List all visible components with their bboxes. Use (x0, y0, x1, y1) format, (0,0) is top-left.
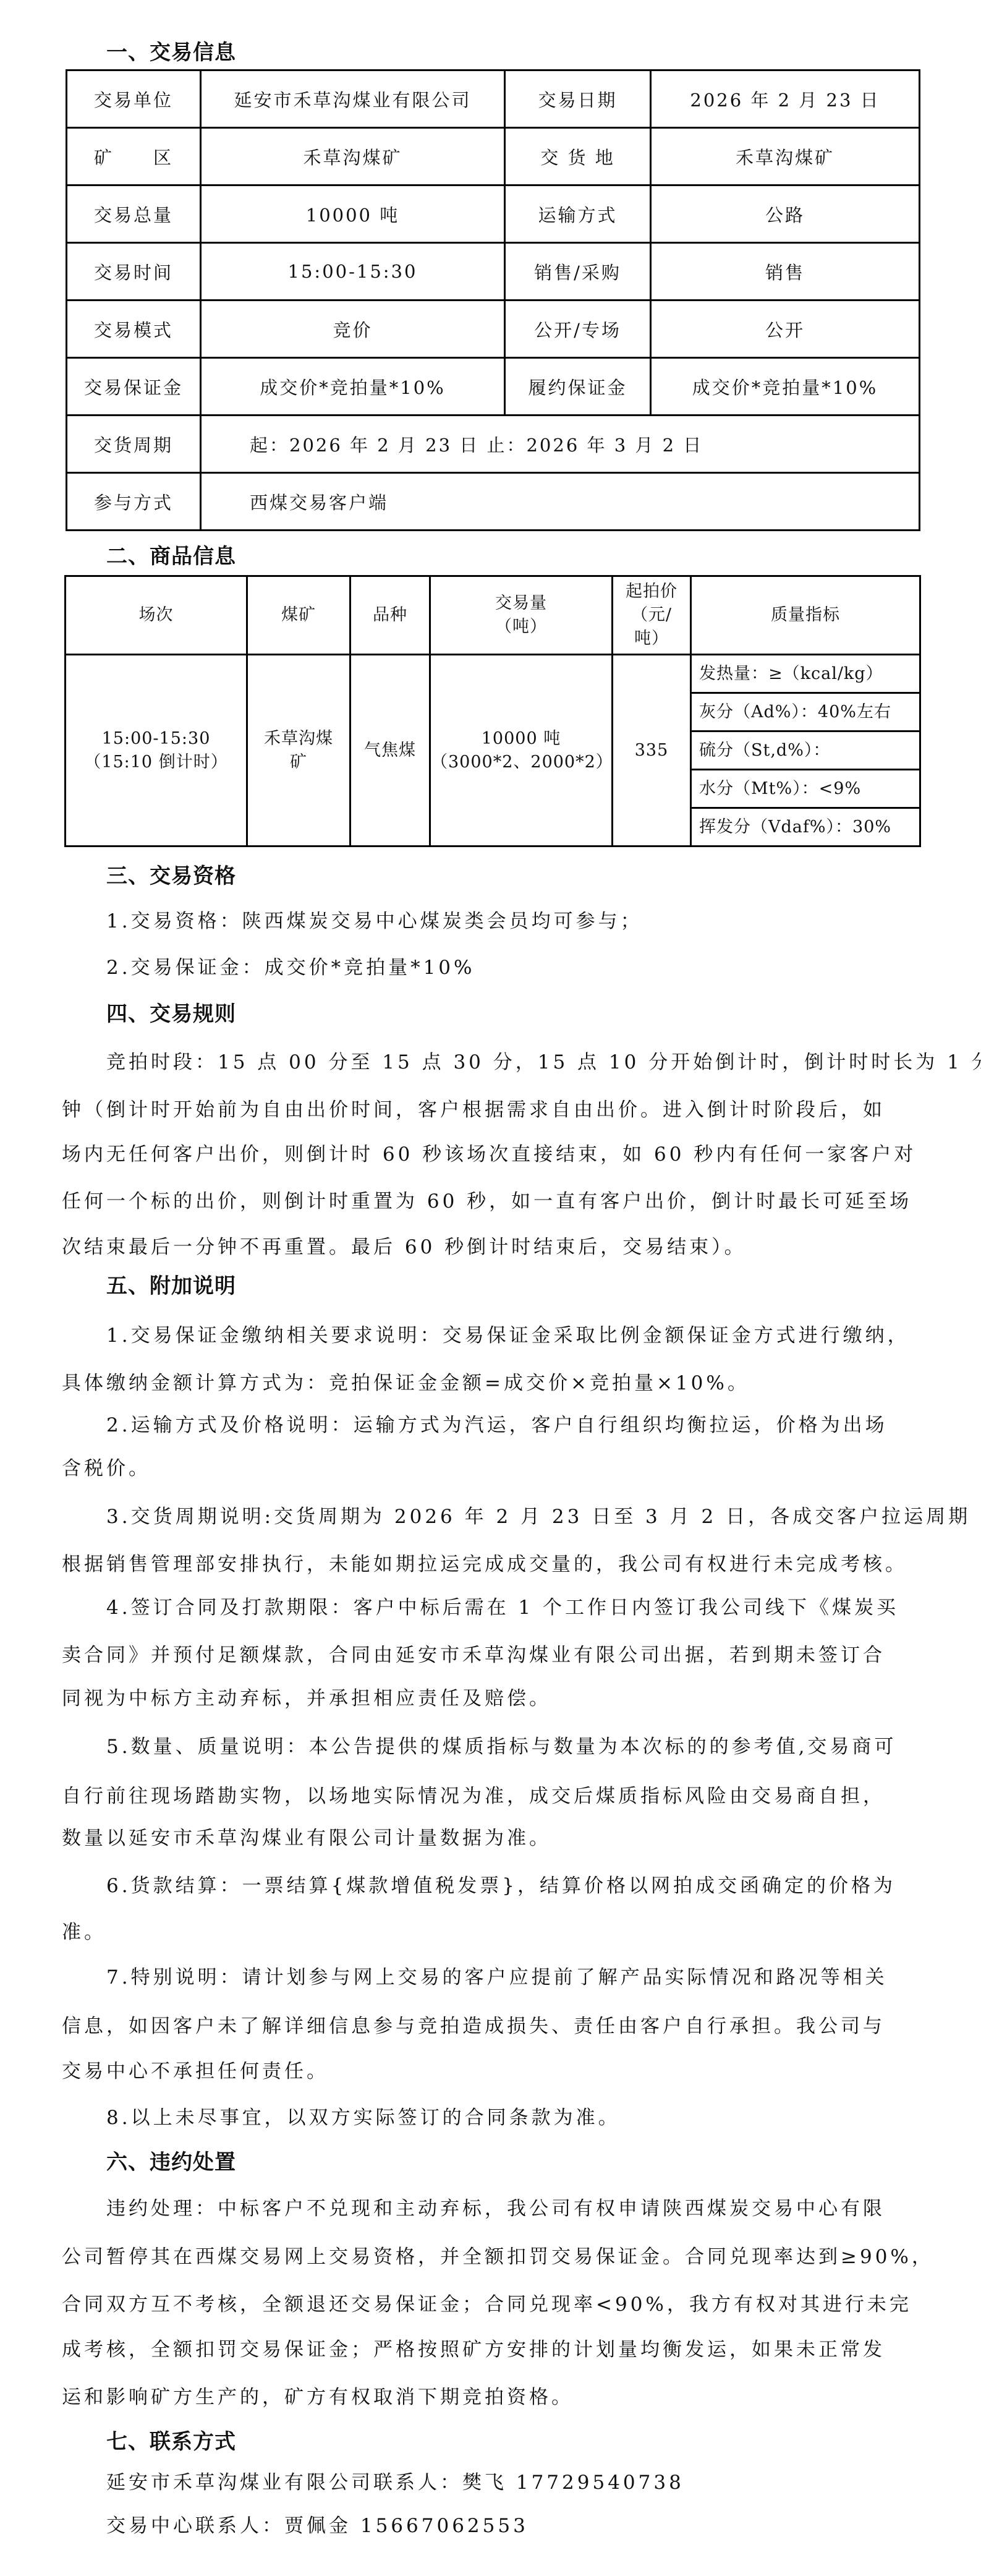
cell-label-time: 交易时间 (67, 243, 201, 301)
cell-value-deposit: 成交价*竞拍量*10% (201, 358, 505, 416)
session-time: 15:00-15:30 (66, 727, 246, 751)
quality-ash: 灰分（Ad%）：40%左右 (691, 693, 920, 731)
table-row: 矿 区 禾草沟煤矿 交 货 地 禾草沟煤矿 (67, 128, 920, 186)
contact-exchange: 交易中心联系人：贾佩金 15667062553 (106, 2503, 529, 2549)
cell-value-mode: 竞价 (201, 301, 505, 358)
cell-value-time: 15:00-15:30 (201, 243, 505, 301)
notes-line: 2.运输方式及价格说明：运输方式为汽运，客户自行组织均衡拉运，价格为出场 (106, 1402, 888, 1448)
notes-line: 自行前往现场踏勘实物，以场地实际情况为准，成交后煤质指标风险由交易商自担， (62, 1773, 885, 1819)
cell-label-total: 交易总量 (67, 186, 201, 243)
notes-line: 1.交易保证金缴纳相关要求说明：交易保证金采取比例金额保证金方式进行缴纳， (106, 1313, 910, 1358)
rules-line: 钟（倒计时开始前为自由出价时间，客户根据需求自由出价。进入倒计时阶段后，如 (62, 1087, 885, 1133)
table-row: 交易总量 10000 吨 运输方式 公路 (67, 186, 920, 243)
table-row: 交易单位 延安市禾草沟煤业有限公司 交易日期 2026 年 2 月 23 日 (67, 70, 920, 128)
header-price-line3: 吨） (613, 627, 690, 650)
cell-label-date: 交易日期 (505, 70, 651, 128)
notes-line: 具体缴纳金额计算方式为：竞拍保证金金额=成交价×竞拍量×10%。 (62, 1360, 750, 1406)
rules-line: 竞拍时段：15 点 00 分至 15 点 30 分，15 点 10 分开始倒计时… (106, 1039, 981, 1085)
cell-session: 15:00-15:30 （15:10 倒计时） (66, 655, 247, 847)
cell-value-sale: 销售 (651, 243, 920, 301)
notes-line: 7.特别说明：请计划参与网上交易的客户应提前了解产品实际情况和路况等相关 (106, 1955, 888, 2000)
cell-value-date: 2026 年 2 月 23 日 (651, 70, 920, 128)
table-row: 15:00-15:30 （15:10 倒计时） 禾草沟煤 矿 气焦煤 10000… (66, 655, 920, 693)
cell-mine: 禾草沟煤 矿 (247, 655, 350, 847)
header-quantity-line2: （吨） (431, 615, 611, 639)
cell-label-performance-deposit: 履约保证金 (505, 358, 651, 416)
breach-line: 成考核，全额扣罚交易保证金；严格按照矿方安排的计划量均衡发运，如果未正常发 (62, 2327, 885, 2373)
cell-label-open: 公开/专场 (505, 301, 651, 358)
cell-value-open: 公开 (651, 301, 920, 358)
cell-value-performance-deposit: 成交价*竞拍量*10% (651, 358, 920, 416)
quality-moisture: 水分（Mt%）：<9% (691, 770, 920, 808)
notes-line: 准。 (62, 1909, 106, 1955)
quantity-total: 10000 吨 (431, 727, 611, 751)
quantity-split: （3000*2、2000*2） (431, 751, 611, 774)
session-countdown: （15:10 倒计时） (66, 751, 246, 774)
quality-calorific: 发热量：≥（kcal/kg） (691, 655, 920, 693)
cell-value-delivery-place: 禾草沟煤矿 (651, 128, 920, 186)
contact-company: 延安市禾草沟煤业有限公司联系人：樊飞 17729540738 (106, 2460, 684, 2506)
cell-value-total: 10000 吨 (201, 186, 505, 243)
header-quality: 质量指标 (691, 576, 920, 655)
header-quantity-line1: 交易量 (431, 592, 611, 615)
notes-line: 根据销售管理部安排执行，未能如期拉运完成成交量的，我公司有权进行未完成考核。 (62, 1542, 907, 1587)
cell-value-delivery-period: 起：2026 年 2 月 23 日 止：2026 年 3 月 2 日 (201, 416, 920, 473)
cell-label-unit: 交易单位 (67, 70, 201, 128)
table-row: 交易保证金 成交价*竞拍量*10% 履约保证金 成交价*竞拍量*10% (67, 358, 920, 416)
cell-value-mine: 禾草沟煤矿 (201, 128, 505, 186)
section-heading-qualification: 三、交易资格 (106, 853, 236, 899)
breach-line: 运和影响矿方生产的，矿方有权取消下期竞拍资格。 (62, 2374, 574, 2420)
cell-value-unit: 延安市禾草沟煤业有限公司 (201, 70, 505, 128)
quality-volatile: 挥发分（Vdaf%）：30% (691, 808, 920, 847)
table-row: 参与方式 西煤交易客户端 (67, 473, 920, 531)
mine-line2: 矿 (248, 751, 349, 774)
product-info-table: 场次 煤矿 品种 交易量 （吨） 起拍价 （元/ 吨） 质量指标 15:00-1… (64, 575, 921, 847)
section-heading-rules: 四、交易规则 (106, 991, 236, 1037)
header-quantity: 交易量 （吨） (430, 576, 613, 655)
notes-line: 卖合同》并预付足额煤款，合同由延安市禾草沟煤业有限公司出据，若到期未签订合 (62, 1632, 885, 1678)
breach-line: 公司暂停其在西煤交易网上交易资格，并全额扣罚交易保证金。合同兑现率达到≥90%， (62, 2234, 934, 2280)
cell-label-transport: 运输方式 (505, 186, 651, 243)
cell-label-participation: 参与方式 (67, 473, 201, 531)
cell-label-mode: 交易模式 (67, 301, 201, 358)
rules-line: 场内无任何客户出价，则倒计时 60 秒该场次直接结束，如 60 秒内有任何一家客… (62, 1132, 916, 1177)
cell-quantity: 10000 吨 （3000*2、2000*2） (430, 655, 613, 847)
notes-line: 5.数量、质量说明：本公告提供的煤质指标与数量为本次标的的参考值,交易商可 (106, 1724, 896, 1770)
breach-line: 合同双方互不考核，全额退还交易保证金；合同兑现率<90%，我方有权对其进行未完 (62, 2282, 912, 2327)
cell-start-price: 335 (613, 655, 691, 847)
notes-line: 8.以上未尽事宜，以双方实际签订的合同条款为准。 (106, 2095, 621, 2141)
section-heading-product-info: 二、商品信息 (106, 534, 236, 579)
cell-label-deposit: 交易保证金 (67, 358, 201, 416)
table-row: 交货周期 起：2026 年 2 月 23 日 止：2026 年 3 月 2 日 (67, 416, 920, 473)
quality-sulfur: 硫分（St,d%）： (691, 731, 920, 770)
table-header-row: 场次 煤矿 品种 交易量 （吨） 起拍价 （元/ 吨） 质量指标 (66, 576, 920, 655)
notes-line: 信息，如因客户未了解详细信息参与竞拍造成损失、责任由客户自行承担。我公司与 (62, 2003, 885, 2049)
section-heading-breach: 六、违约处置 (106, 2139, 236, 2185)
cell-label-mine: 矿 区 (67, 128, 201, 186)
breach-line: 违约处理：中标客户不兑现和主动弃标，我公司有权申请陕西煤炭交易中心有限 (106, 2186, 885, 2232)
header-price-line2: （元/ (613, 603, 690, 627)
rules-line: 任何一个标的出价，则倒计时重置为 60 秒，如一直有客户出价，倒计时最长可延至场 (62, 1179, 912, 1224)
notes-line: 交易中心不承担任何责任。 (62, 2049, 329, 2094)
section-heading-contacts: 七、联系方式 (106, 2419, 236, 2465)
qualification-item: 1.交易资格：陕西煤炭交易中心煤炭类会员均可参与； (106, 898, 643, 944)
section-heading-notes: 五、附加说明 (106, 1263, 236, 1309)
cell-value-transport: 公路 (651, 186, 920, 243)
header-start-price: 起拍价 （元/ 吨） (613, 576, 691, 655)
table-row: 交易时间 15:00-15:30 销售/采购 销售 (67, 243, 920, 301)
cell-variety: 气焦煤 (350, 655, 430, 847)
notes-line: 6.货款结算：一票结算{煤款增值税发票}，结算价格以网拍成交函确定的价格为 (106, 1863, 896, 1909)
notes-line: 同视为中标方主动弃标，并承担相应责任及赔偿。 (62, 1676, 551, 1721)
header-variety: 品种 (350, 576, 430, 655)
qualification-item: 2.交易保证金：成交价*竞拍量*10% (106, 945, 475, 991)
notes-line: 数量以延安市禾草沟煤业有限公司计量数据为准。 (62, 1815, 551, 1861)
notes-line: 4.签订合同及打款期限：客户中标后需在 1 个工作日内签订我公司线下《煤炭买 (106, 1585, 899, 1631)
section-heading-trade-info: 一、交易信息 (106, 30, 236, 75)
header-mine: 煤矿 (247, 576, 350, 655)
cell-label-delivery-period: 交货周期 (67, 416, 201, 473)
notes-line: 含税价。 (62, 1446, 151, 1491)
header-price-line1: 起拍价 (613, 580, 690, 603)
cell-label-delivery-place: 交 货 地 (505, 128, 651, 186)
cell-label-sale: 销售/采购 (505, 243, 651, 301)
mine-line1: 禾草沟煤 (248, 727, 349, 751)
table-row: 交易模式 竞价 公开/专场 公开 (67, 301, 920, 358)
header-session: 场次 (66, 576, 247, 655)
trade-info-table: 交易单位 延安市禾草沟煤业有限公司 交易日期 2026 年 2 月 23 日 矿… (66, 69, 920, 531)
notes-line: 3.交货周期说明:交货周期为 2026 年 2 月 23 日至 3 月 2 日，… (106, 1494, 970, 1540)
cell-value-participation: 西煤交易客户端 (201, 473, 920, 531)
